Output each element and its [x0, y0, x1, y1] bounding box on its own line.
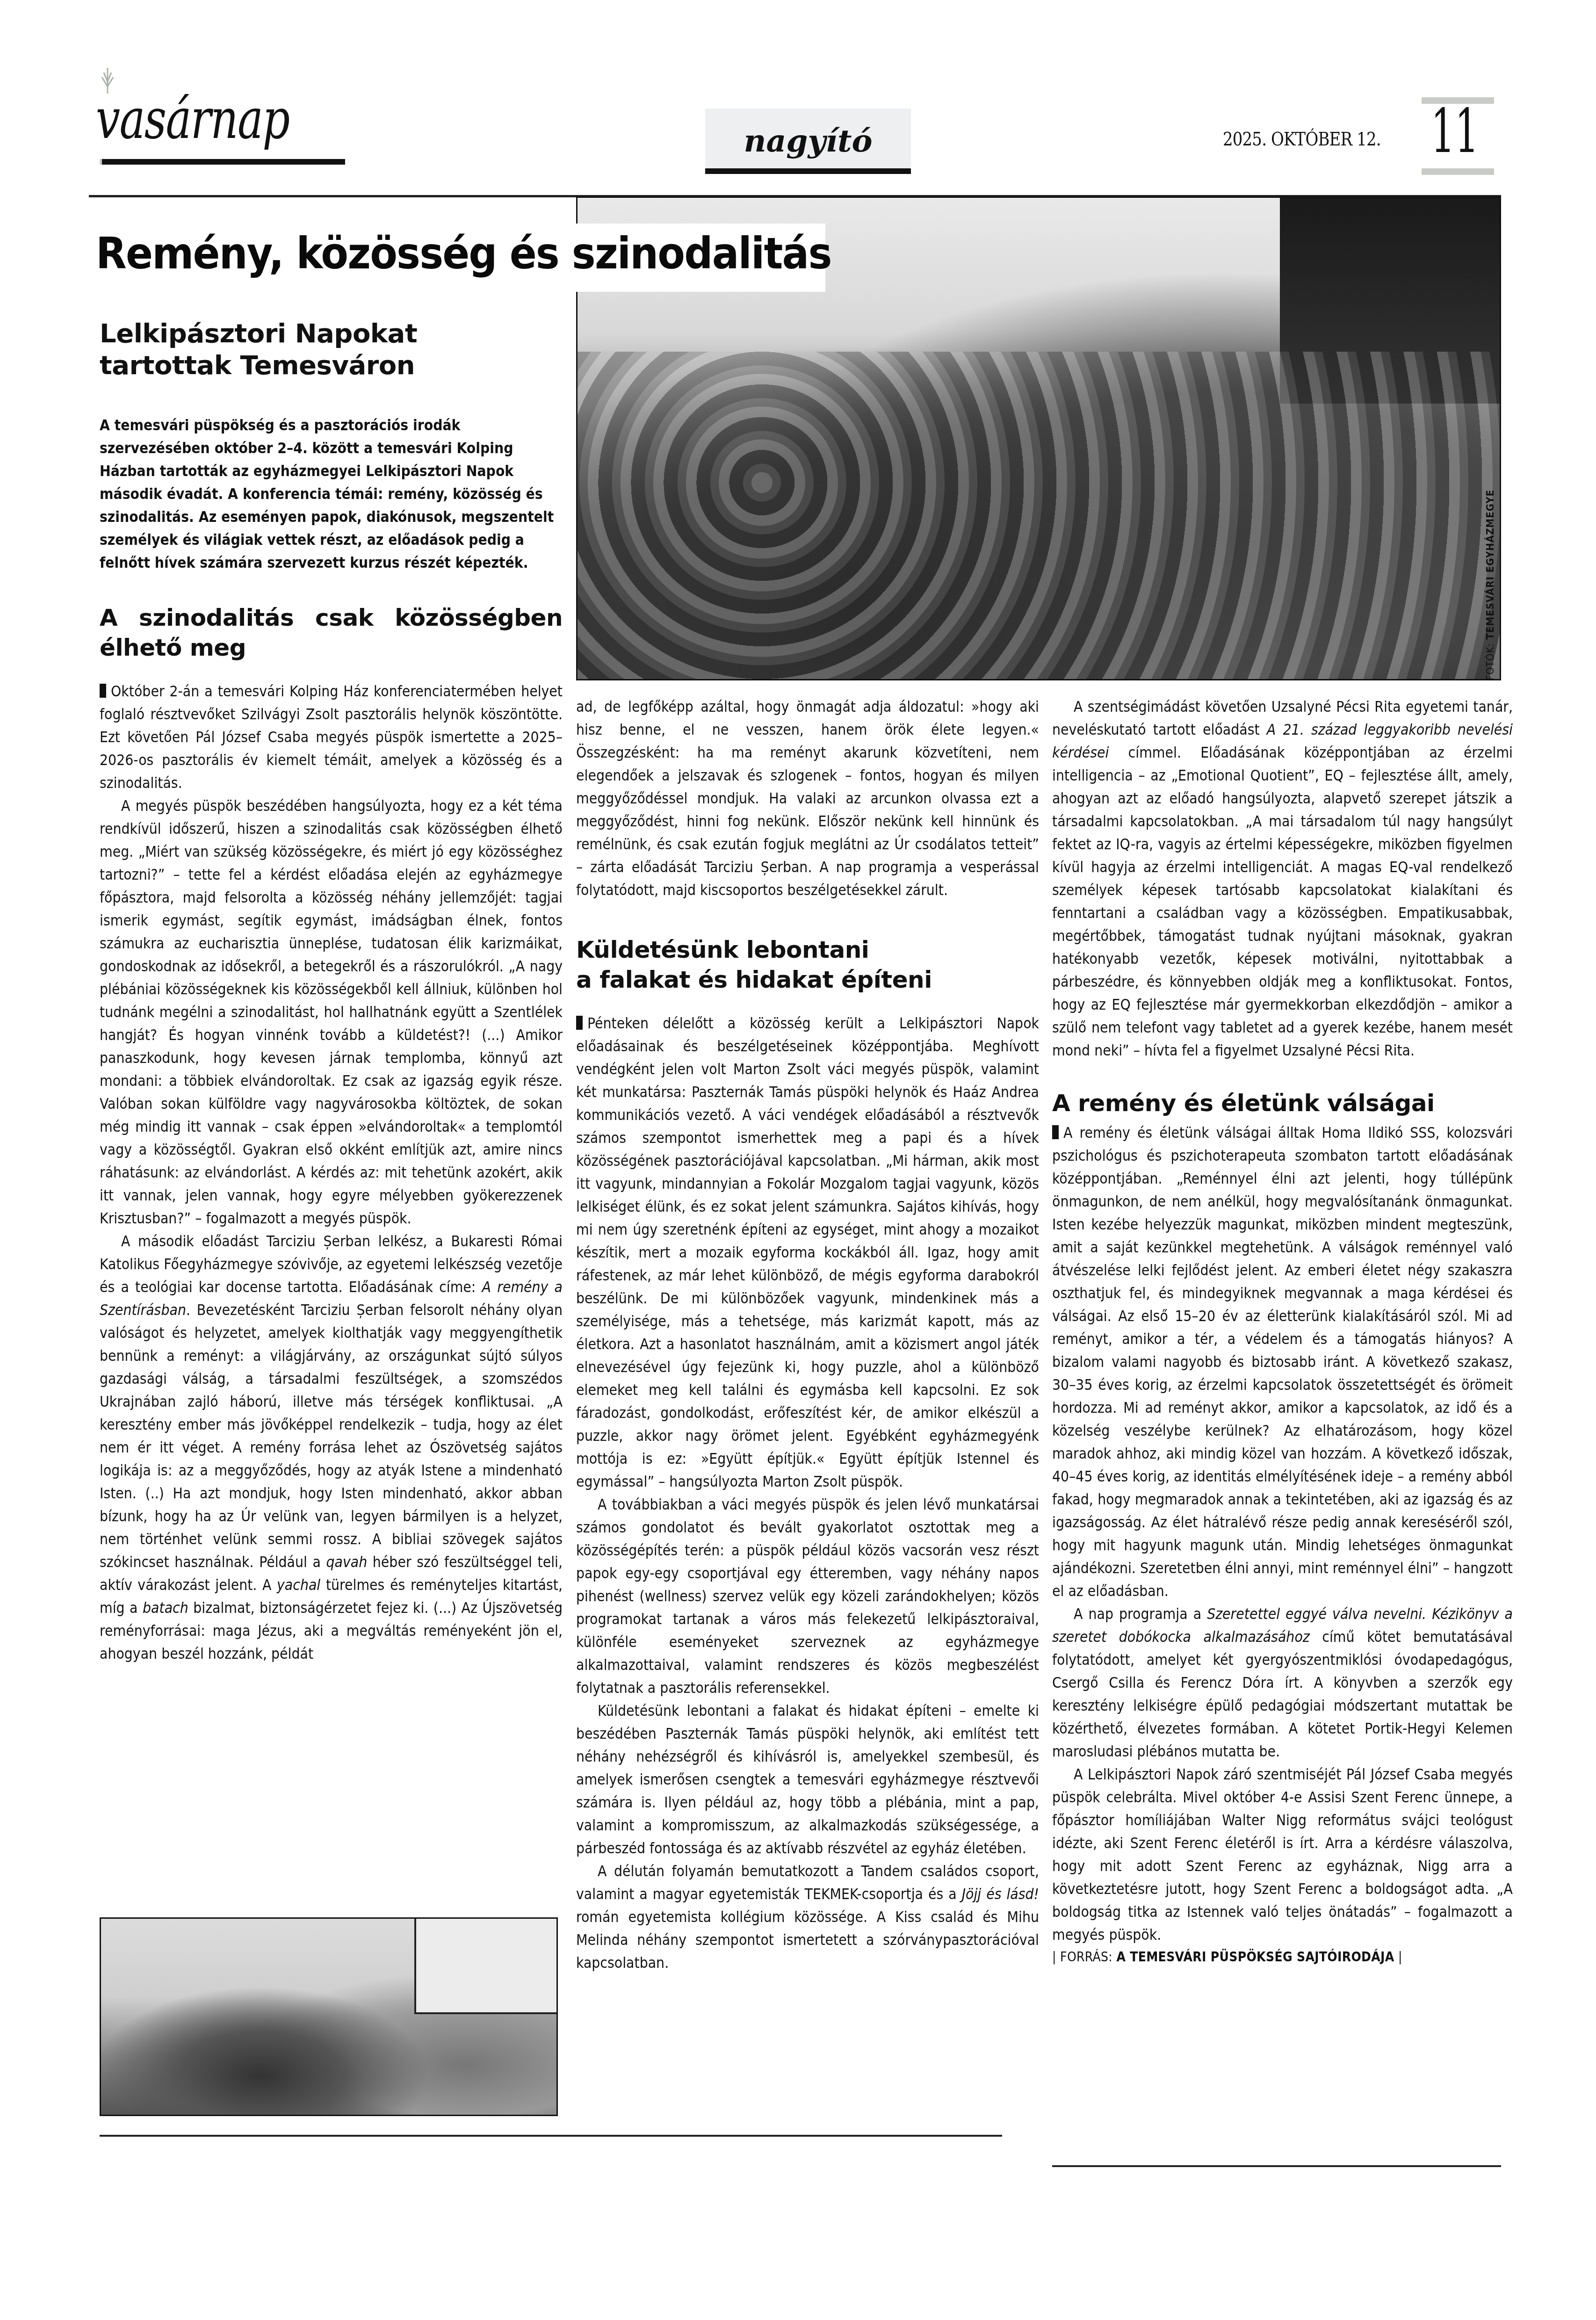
section-1-body: Október 2-án a temesvári Kolping Ház kon…: [100, 680, 563, 1666]
issue-date: 2025. OKTÓBER 12.: [1223, 129, 1381, 150]
photo-audience: [578, 352, 1500, 679]
column-1: Lelkipásztori Napokat tartottak Temesvár…: [100, 318, 563, 1666]
section-2-body: Pénteken délelőtt a közösség került a Le…: [576, 1012, 1039, 1975]
source-name: A TEMESVÁRI PÜSPÖKSÉG SAJTÓIRODÁJA: [1116, 1949, 1394, 1965]
paragraph: A megyés püspök beszédében hangsúlyozta,…: [100, 795, 563, 1230]
footer-divider-right: [1052, 2165, 1501, 2167]
paragraph-text: A remény és életünk válságai álltak Homa…: [1052, 1125, 1513, 1600]
paragraph: A második előadást Tarciziu Șerban lelké…: [100, 1230, 563, 1666]
footer-divider-left: [100, 2135, 1002, 2137]
article-headline: Remény, közösség és szinodalitás: [96, 230, 831, 277]
heading-line-1: Küldetésünk lebontani: [576, 935, 1039, 965]
heading-line-2: a falakat és hidakat építeni: [576, 965, 1039, 995]
paragraph-text: címmel. Előadásának középpontjában az ér…: [1052, 744, 1513, 1059]
page-number: 11: [1431, 101, 1479, 161]
source-prefix: | FORRÁS:: [1052, 1949, 1116, 1965]
article-subtitle: Lelkipásztori Napokat tartottak Temesvár…: [100, 318, 563, 382]
photo-credit-name: TEMESVÁRI EGYHÁZMEGYE: [1485, 490, 1496, 640]
subtitle-line-1: Lelkipásztori Napokat: [100, 318, 563, 350]
paragraph-marker: [100, 684, 106, 698]
paragraph-marker: [576, 1016, 583, 1030]
paragraph-text: A nap programja a: [1074, 1606, 1207, 1623]
section-label: nagyító: [705, 123, 911, 159]
photo-projection-screen: [414, 1919, 556, 2014]
paragraph-text: ad, de legfőképp azáltal, hogy önmagát a…: [576, 699, 1039, 899]
paragraph: A Lelkipásztori Napok záró szentmiséjét …: [1052, 1763, 1513, 1947]
paragraph-text: . Bevezetésként Tarciziu Șerban felsorol…: [100, 1302, 563, 1571]
newspaper-logo: vasárnap: [96, 91, 289, 146]
paragraph: A szentségimádást követően Uzsalyné Pécs…: [1052, 696, 1513, 1062]
paragraph: A továbbiakban a váci megyés püspök és j…: [576, 1494, 1039, 1700]
paragraph: A nap programja a Szeretettel eggyé válv…: [1052, 1603, 1513, 1763]
group-name: Jöjj és lásd!: [962, 1886, 1039, 1903]
source-credit: | FORRÁS: A TEMESVÁRI PÜSPÖKSÉG SAJTÓIRO…: [1052, 1947, 1513, 1967]
paragraph-text: Október 2-án a temesvári Kolping Ház kon…: [100, 683, 563, 792]
paragraph: A délután folyamán bemutatkozott a Tande…: [576, 1860, 1039, 1975]
paragraph-continued: qavahad, de legfőképp azáltal, hogy önma…: [576, 696, 1039, 902]
column-3: A szentségimádást követően Uzsalyné Pécs…: [1052, 696, 1513, 1967]
column-2: qavahad, de legfőképp azáltal, hogy önma…: [576, 696, 1039, 1975]
paragraph-marker: [1052, 1125, 1059, 1139]
photo-credit: FOTÓK: TEMESVÁRI EGYHÁZMEGYE: [1485, 490, 1496, 680]
paragraph: Küldetésünk lebontani a falakat és hidak…: [576, 1700, 1039, 1860]
section-3-body: A remény és életünk válságai álltak Homa…: [1052, 1122, 1513, 1967]
logo-rule: [102, 159, 345, 165]
article-lead: A temesvári püspökség és a pasztorációs …: [100, 414, 563, 575]
paragraph: Október 2-án a temesvári Kolping Ház kon…: [100, 680, 563, 795]
section-heading-3: A remény és életünk válságai: [1052, 1088, 1513, 1118]
page-number-bar-bottom: [1422, 168, 1494, 175]
paragraph: A remény és életünk válságai álltak Homa…: [1052, 1122, 1513, 1603]
section-rule: [705, 168, 911, 174]
subtitle-line-2: tartottak Temesváron: [100, 350, 563, 382]
paragraph-text: című kötet bemutatásával folytatódott, a…: [1052, 1629, 1513, 1760]
photo-credit-prefix: FOTÓK:: [1485, 639, 1496, 680]
section-heading-2: Küldetésünk lebontani a falakat és hidak…: [576, 935, 1039, 995]
paragraph-text: román egyetemista kollégium közössége. A…: [576, 1909, 1039, 1972]
hebrew-term: qavah: [326, 1554, 368, 1571]
hebrew-term: yachal: [277, 1577, 320, 1594]
paragraph: Pénteken délelőtt a közösség került a Le…: [576, 1012, 1039, 1494]
section-heading-1: A szinodalitás csak közösségben élhető m…: [100, 603, 563, 663]
source-suffix: |: [1394, 1949, 1402, 1965]
hebrew-term: batach: [143, 1600, 188, 1617]
paragraph-text: . Bevezetésként Tarciziu Șerban felsorol…: [100, 1302, 563, 1662]
paragraph-text: Pénteken délelőtt a közösség került a Le…: [576, 1015, 1039, 1490]
small-group-photo: [100, 1917, 558, 2116]
